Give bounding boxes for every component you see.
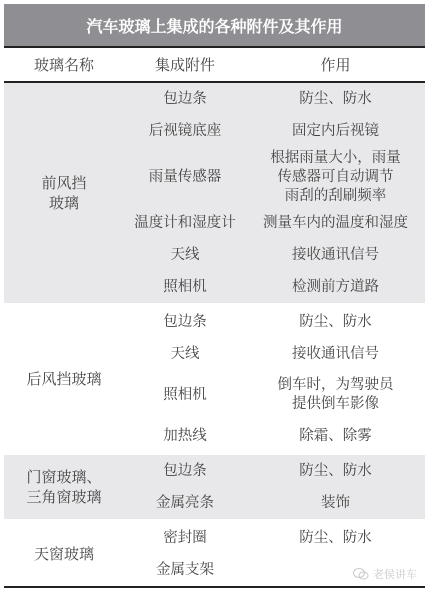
table-row: 天线接收通讯信号 xyxy=(124,338,425,370)
function-line: 除霜、除雾 xyxy=(246,427,425,446)
accessory-cell: 后视镜底座 xyxy=(124,122,246,141)
header-function: 作用 xyxy=(246,54,425,75)
function-cell: 除霜、除雾 xyxy=(246,427,425,446)
function-cell: 倒车时，为驾驶员提供倒车影像 xyxy=(246,376,425,414)
table-title: 汽车玻璃上集成的各种附件及其作用 xyxy=(4,4,425,48)
accessory-cell: 包边条 xyxy=(124,462,246,481)
function-cell: 测量车内的温度和湿度 xyxy=(246,214,425,233)
accessory-cell: 加热线 xyxy=(124,427,246,446)
function-line: 根据雨量大小，雨量 xyxy=(246,149,425,168)
wechat-icon xyxy=(353,567,369,581)
accessory-cell: 包边条 xyxy=(124,90,246,109)
function-cell: 检测前方道路 xyxy=(246,278,425,297)
accessory-cell: 天线 xyxy=(124,246,246,265)
function-line: 测量车内的温度和湿度 xyxy=(246,214,425,233)
table-row: 雨量传感器根据雨量大小，雨量传感器可自动调节雨刮的刮刷频率 xyxy=(124,147,425,207)
function-line: 接收通讯信号 xyxy=(246,345,425,364)
function-line: 传感器可自动调节 xyxy=(246,168,425,187)
function-line: 防尘、防水 xyxy=(246,90,425,109)
accessory-cell: 照相机 xyxy=(124,278,246,297)
function-line: 接收通讯信号 xyxy=(246,246,425,265)
glass-group: 前风挡玻璃包边条防尘、防水后视镜底座固定内后视镜雨量传感器根据雨量大小，雨量传感… xyxy=(4,83,425,303)
glass-name: 前风挡玻璃 xyxy=(4,83,124,303)
function-line: 防尘、防水 xyxy=(246,313,425,332)
header-glass-name: 玻璃名称 xyxy=(4,54,124,75)
accessory-cell: 温度计和湿度计 xyxy=(124,214,246,233)
table-row: 后视镜底座固定内后视镜 xyxy=(124,115,425,147)
glass-name-line: 前风挡 xyxy=(41,173,86,193)
accessory-cell: 密封圈 xyxy=(124,529,246,548)
table-row: 包边条防尘、防水 xyxy=(124,83,425,115)
header-accessory: 集成附件 xyxy=(124,54,246,75)
table-row: 照相机倒车时，为驾驶员提供倒车影像 xyxy=(124,370,425,420)
accessory-table: 汽车玻璃上集成的各种附件及其作用 玻璃名称 集成附件 作用 前风挡玻璃包边条防尘… xyxy=(4,4,425,588)
function-line: 固定内后视镜 xyxy=(246,122,425,141)
function-cell: 接收通讯信号 xyxy=(246,345,425,364)
function-cell: 防尘、防水 xyxy=(246,462,425,481)
table-row: 加热线除霜、除雾 xyxy=(124,420,425,452)
glass-name: 天窗玻璃 xyxy=(4,522,124,586)
function-line: 防尘、防水 xyxy=(246,462,425,481)
header-row: 玻璃名称 集成附件 作用 xyxy=(4,48,425,83)
table-row: 金属亮条装饰 xyxy=(124,487,425,519)
glass-name-line: 后风挡玻璃 xyxy=(26,369,101,389)
table-row: 温度计和湿度计测量车内的温度和湿度 xyxy=(124,207,425,239)
accessory-cell: 金属亮条 xyxy=(124,494,246,513)
accessory-cell: 雨量传感器 xyxy=(124,168,246,187)
function-cell: 防尘、防水 xyxy=(246,90,425,109)
accessory-cell: 天线 xyxy=(124,345,246,364)
function-line: 装饰 xyxy=(246,494,425,513)
table-row: 包边条防尘、防水 xyxy=(124,306,425,338)
function-line: 倒车时，为驾驶员 xyxy=(246,376,425,395)
table-body: 前风挡玻璃包边条防尘、防水后视镜底座固定内后视镜雨量传感器根据雨量大小，雨量传感… xyxy=(4,83,425,586)
function-cell: 根据雨量大小，雨量传感器可自动调节雨刮的刮刷频率 xyxy=(246,149,425,206)
function-cell: 防尘、防水 xyxy=(246,313,425,332)
glass-name: 后风挡玻璃 xyxy=(4,306,124,452)
function-cell: 装饰 xyxy=(246,494,425,513)
accessory-cell: 包边条 xyxy=(124,313,246,332)
table-row: 天线接收通讯信号 xyxy=(124,239,425,271)
accessory-cell: 照相机 xyxy=(124,386,246,405)
glass-name-line: 天窗玻璃 xyxy=(34,544,94,564)
glass-group: 后风挡玻璃包边条防尘、防水天线接收通讯信号照相机倒车时，为驾驶员提供倒车影像加热… xyxy=(4,306,425,452)
glass-name-line: 门窗玻璃、 xyxy=(26,467,101,487)
bottom-rule xyxy=(4,586,425,588)
function-cell: 固定内后视镜 xyxy=(246,122,425,141)
function-line: 检测前方道路 xyxy=(246,278,425,297)
function-line: 提供倒车影像 xyxy=(246,395,425,414)
function-line: 防尘、防水 xyxy=(246,529,425,548)
watermark: 老侯讲车 xyxy=(353,566,417,582)
function-cell: 防尘、防水 xyxy=(246,529,425,548)
function-cell: 接收通讯信号 xyxy=(246,246,425,265)
watermark-text: 老侯讲车 xyxy=(373,566,417,582)
function-line: 雨刮的刮刷频率 xyxy=(246,187,425,206)
glass-name-line: 三角窗玻璃 xyxy=(26,487,101,507)
table-row: 密封圈防尘、防水 xyxy=(124,522,425,554)
accessory-cell: 金属支架 xyxy=(124,561,246,580)
glass-name-line: 玻璃 xyxy=(41,193,86,213)
table-row: 照相机检测前方道路 xyxy=(124,271,425,303)
table-row: 包边条防尘、防水 xyxy=(124,455,425,487)
glass-name: 门窗玻璃、三角窗玻璃 xyxy=(4,455,124,519)
glass-group: 门窗玻璃、三角窗玻璃包边条防尘、防水金属亮条装饰 xyxy=(4,455,425,519)
